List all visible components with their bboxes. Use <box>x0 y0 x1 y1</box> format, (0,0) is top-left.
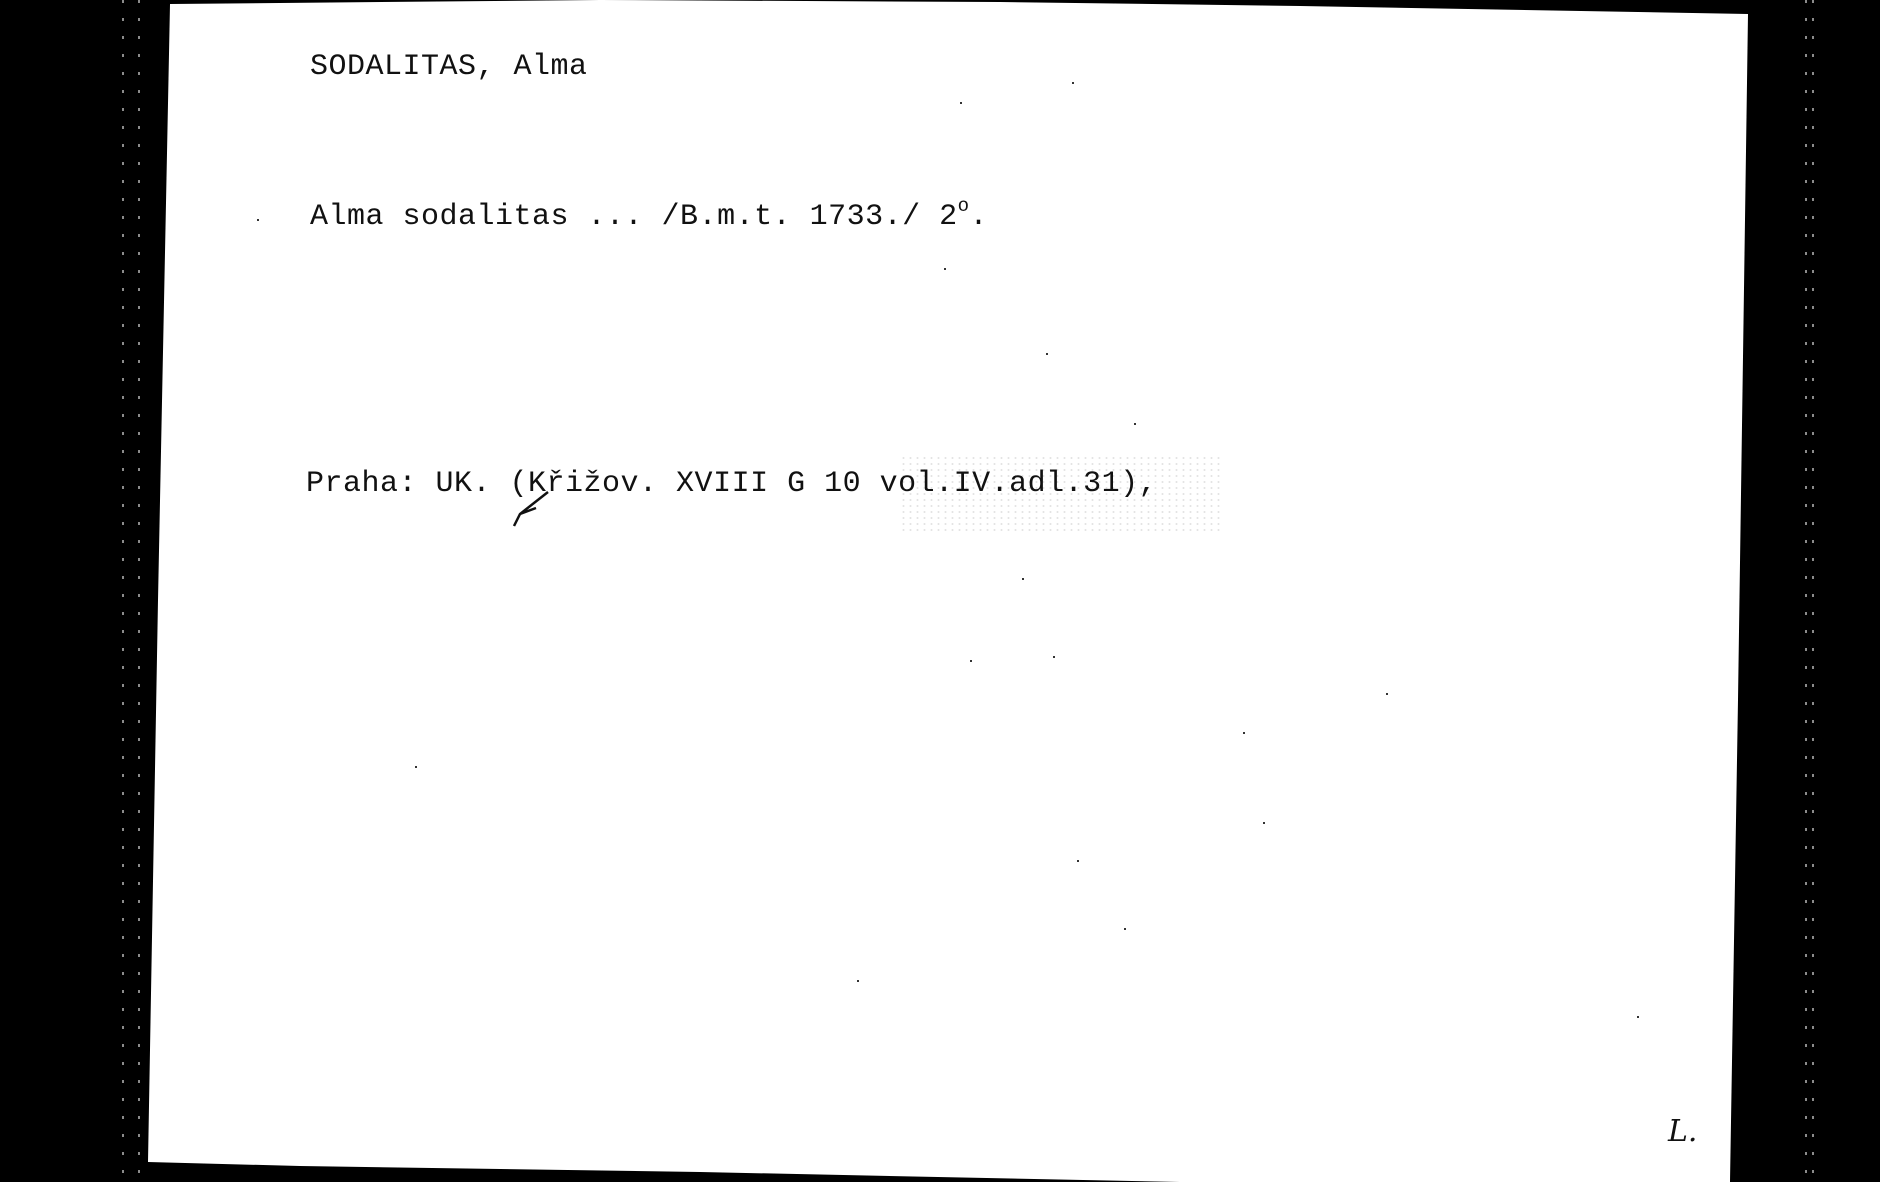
handwritten-initial: L. <box>1668 1114 1697 1149</box>
speck <box>1072 82 1074 84</box>
speck <box>1046 353 1048 355</box>
speck <box>944 268 946 270</box>
speck <box>1386 693 1388 695</box>
film-edge-left-inner <box>138 0 140 1182</box>
speck <box>1077 860 1079 862</box>
speck <box>857 980 859 982</box>
speck <box>1263 822 1265 824</box>
pen-checkmark-icon <box>510 478 560 528</box>
speck <box>1022 578 1024 580</box>
film-edge-right-inner <box>1812 0 1814 1182</box>
title-text: Alma sodalitas ... /B.m.t. 1733./ 2 <box>310 200 958 234</box>
library-card: SODALITAS, Alma Alma sodalitas ... /B.m.… <box>0 0 1880 1182</box>
card-title-line: Alma sodalitas ... /B.m.t. 1733./ 2o. <box>310 202 988 232</box>
card-holding-location: Praha: UK. (Křižov. XVIII G 10 vol.IV.ad… <box>306 469 1157 499</box>
title-end: . <box>970 200 989 234</box>
speck <box>960 102 962 104</box>
format-superscript: o <box>958 195 970 217</box>
speck <box>1243 732 1245 734</box>
speck <box>257 219 259 221</box>
speck <box>1053 656 1055 658</box>
speck <box>1134 423 1136 425</box>
speck <box>415 766 417 768</box>
speck <box>1124 928 1126 930</box>
film-edge-left <box>122 0 124 1182</box>
speck <box>1637 1016 1639 1018</box>
scanned-catalog-card: SODALITAS, Alma Alma sodalitas ... /B.m.… <box>0 0 1880 1182</box>
card-heading: SODALITAS, Alma <box>310 52 588 82</box>
speck <box>970 660 972 662</box>
film-edge-right <box>1805 0 1807 1182</box>
